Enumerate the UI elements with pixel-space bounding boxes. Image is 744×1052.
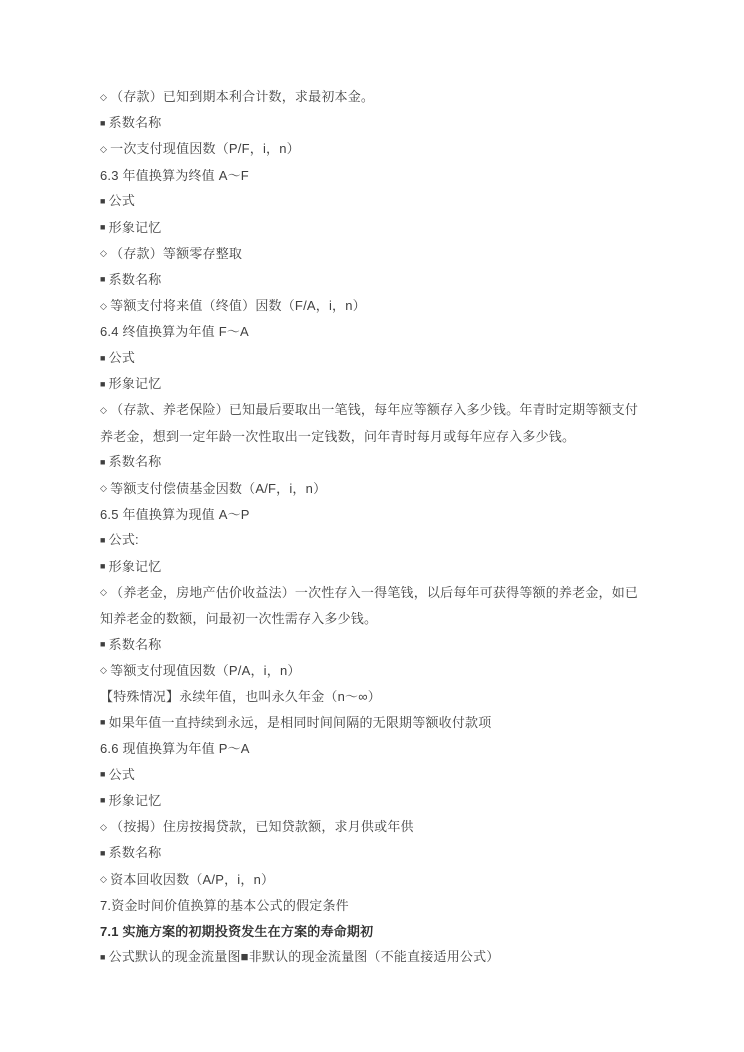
section-heading-6-4: 6.4 终值换算为年值 F～A — [100, 319, 730, 345]
line-text: 形象记忆 — [109, 559, 162, 574]
doc-line: ■系数名称 — [100, 110, 730, 136]
line-text: 等额支付偿债基金因数（A/F，i，n） — [110, 481, 326, 496]
section-heading-7: 7.资金时间价值换算的基本公式的假定条件 — [100, 893, 730, 919]
line-text: 6.4 终值换算为年值 F～A — [100, 324, 249, 339]
line-text: 【特殊情况】永续年值，也叫永久年金（n～∞） — [100, 689, 381, 704]
doc-line: ■系数名称 — [100, 632, 730, 658]
doc-line: ◇等额支付偿债基金因数（A/F，i，n） — [100, 476, 730, 502]
diamond-bullet-icon: ◇ — [100, 476, 107, 502]
line-text: 系数名称 — [109, 637, 162, 652]
diamond-bullet-icon: ◇ — [100, 658, 107, 684]
square-bullet-icon: ■ — [100, 189, 106, 215]
diamond-bullet-icon: ◇ — [100, 85, 107, 111]
doc-line: ■公式默认的现金流量图■非默认的现金流量图（不能直接适用公式） — [100, 944, 730, 970]
diamond-bullet-icon: ◇ — [100, 580, 107, 606]
doc-line-continuation: 养老金，想到一定年龄一次性取出一定钱数，问年青时每月或每年应存入多少钱。 — [100, 424, 730, 450]
doc-line: ■系数名称 — [100, 267, 730, 293]
doc-line: ■形象记忆 — [100, 554, 730, 580]
line-text: 7.资金时间价值换算的基本公式的假定条件 — [100, 898, 349, 913]
square-bullet-icon: ■ — [100, 762, 106, 788]
doc-line: ◇（养老金，房地产估价收益法）一次性存入一得笔钱，以后每年可获得等额的养老金，如… — [100, 580, 730, 606]
special-case-note: 【特殊情况】永续年值，也叫永久年金（n～∞） — [100, 684, 730, 710]
line-text: 公式默认的现金流量图■非默认的现金流量图（不能直接适用公式） — [109, 949, 500, 964]
square-bullet-icon: ■ — [100, 710, 106, 736]
doc-line: ■系数名称 — [100, 840, 730, 866]
doc-line: ◇等额支付现值因数（P/A，i，n） — [100, 658, 730, 684]
doc-line: ■公式: — [100, 527, 730, 553]
line-text: 系数名称 — [109, 454, 162, 469]
line-text: 6.3 年值换算为终值 A～F — [100, 168, 249, 183]
doc-line: ■形象记忆 — [100, 215, 730, 241]
square-bullet-icon: ■ — [100, 372, 106, 398]
line-text: 形象记忆 — [109, 793, 162, 808]
square-bullet-icon: ■ — [100, 111, 106, 137]
line-text: 等额支付将来值（终值）因数（F/A，i，n） — [110, 298, 366, 313]
line-text: 公式: — [109, 532, 139, 547]
line-text: 养老金，想到一定年龄一次性取出一定钱数，问年青时每月或每年应存入多少钱。 — [100, 429, 575, 444]
document-page: ◇（存款）已知到期本利合计数，求最初本金。 ■系数名称 ◇一次支付现值因数（P/… — [100, 84, 730, 970]
section-heading-7-1: 7.1 实施方案的初期投资发生在方案的寿命期初 — [100, 919, 730, 945]
line-text: 等额支付现值因数（P/A，i，n） — [110, 663, 300, 678]
square-bullet-icon: ■ — [100, 215, 106, 241]
section-heading-6-3: 6.3 年值换算为终值 A～F — [100, 163, 730, 189]
doc-line: ■形象记忆 — [100, 788, 730, 814]
diamond-bullet-icon: ◇ — [100, 137, 107, 163]
square-bullet-icon: ■ — [100, 267, 106, 293]
line-text: 6.6 现值换算为年值 P～A — [100, 741, 250, 756]
line-text: 系数名称 — [109, 845, 162, 860]
line-text: 一次支付现值因数（P/F，i，n） — [110, 141, 300, 156]
doc-line: ◇等额支付将来值（终值）因数（F/A，i，n） — [100, 293, 730, 319]
line-text: 6.5 年值换算为现值 A～P — [100, 507, 250, 522]
section-heading-6-6: 6.6 现值换算为年值 P～A — [100, 736, 730, 762]
square-bullet-icon: ■ — [100, 945, 106, 971]
line-text: （存款、养老保险）已知最后要取出一笔钱，每年应等额存入多少钱。年青时定期等额支付 — [110, 402, 638, 417]
doc-line-continuation: 知养老金的数额，问最初一次性需存入多少钱。 — [100, 606, 730, 632]
doc-line: ■如果年值一直持续到永远，是相同时间间隔的无限期等额收付款项 — [100, 710, 730, 736]
line-text: 公式 — [109, 767, 135, 782]
square-bullet-icon: ■ — [100, 632, 106, 658]
square-bullet-icon: ■ — [100, 554, 106, 580]
doc-line: ◇（存款）等额零存整取 — [100, 241, 730, 267]
line-text: 如果年值一直持续到永远，是相同时间间隔的无限期等额收付款项 — [109, 715, 492, 730]
line-text: 公式 — [109, 350, 135, 365]
line-text: 公式 — [109, 193, 135, 208]
diamond-bullet-icon: ◇ — [100, 398, 107, 424]
doc-line: ◇一次支付现值因数（P/F，i，n） — [100, 136, 730, 162]
square-bullet-icon: ■ — [100, 450, 106, 476]
square-bullet-icon: ■ — [100, 528, 106, 554]
line-text: （按揭）住房按揭贷款，已知贷款额，求月供或年供 — [110, 819, 414, 834]
doc-line: ◇资本回收因数（A/P，i，n） — [100, 867, 730, 893]
doc-line: ■公式 — [100, 345, 730, 371]
square-bullet-icon: ■ — [100, 346, 106, 372]
line-text: 7.1 实施方案的初期投资发生在方案的寿命期初 — [100, 924, 373, 939]
diamond-bullet-icon: ◇ — [100, 815, 107, 841]
line-text: （养老金，房地产估价收益法）一次性存入一得笔钱，以后每年可获得等额的养老金，如已 — [110, 585, 638, 600]
doc-line: ◇（按揭）住房按揭贷款，已知贷款额，求月供或年供 — [100, 814, 730, 840]
doc-line: ■系数名称 — [100, 449, 730, 475]
line-text: （存款）已知到期本利合计数，求最初本金。 — [110, 89, 374, 104]
doc-line: ■公式 — [100, 762, 730, 788]
line-text: 资本回收因数（A/P，i，n） — [110, 872, 274, 887]
square-bullet-icon: ■ — [100, 788, 106, 814]
doc-line: ◇（存款）已知到期本利合计数，求最初本金。 — [100, 84, 730, 110]
line-text: 系数名称 — [109, 272, 162, 287]
line-text: 知养老金的数额，问最初一次性需存入多少钱。 — [100, 611, 377, 626]
line-text: （存款）等额零存整取 — [110, 246, 242, 261]
doc-line: ◇（存款、养老保险）已知最后要取出一笔钱，每年应等额存入多少钱。年青时定期等额支… — [100, 397, 730, 423]
line-text: 形象记忆 — [109, 376, 162, 391]
line-text: 形象记忆 — [109, 220, 162, 235]
doc-line: ■形象记忆 — [100, 371, 730, 397]
doc-line: ■公式 — [100, 188, 730, 214]
square-bullet-icon: ■ — [100, 841, 106, 867]
diamond-bullet-icon: ◇ — [100, 241, 107, 267]
line-text: 系数名称 — [109, 115, 162, 130]
diamond-bullet-icon: ◇ — [100, 294, 107, 320]
section-heading-6-5: 6.5 年值换算为现值 A～P — [100, 502, 730, 528]
diamond-bullet-icon: ◇ — [100, 867, 107, 893]
